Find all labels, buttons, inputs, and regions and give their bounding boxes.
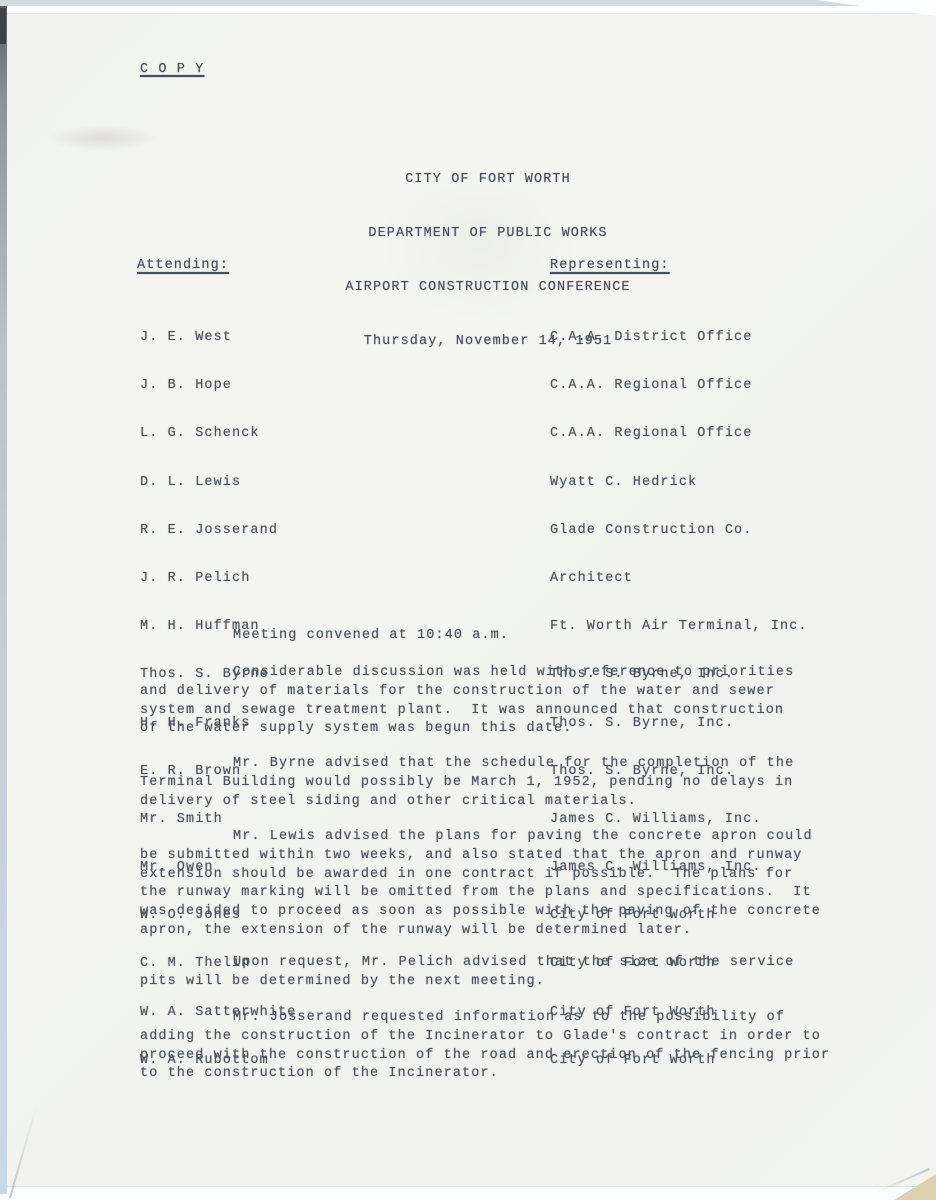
attendee-org: Wyatt C. Hedrick (550, 474, 697, 492)
attendee-row: J. R. Pelich Architect (140, 570, 840, 588)
attendee-name: J. B. Hope (140, 377, 550, 395)
attendee-org: Architect (550, 570, 633, 588)
minutes-paragraph-incinerator: Mr. Josserand requested information as t… (140, 1009, 830, 1084)
typewritten-text-layer: C O P Y CITY OF FORT WORTH DEPARTMENT OF… (0, 0, 936, 1200)
attendee-name: J. R. Pelich (140, 570, 550, 588)
attendee-row: Mr. Smith James C. Williams, Inc. (140, 811, 840, 829)
attendee-name: Mr. Smith (140, 811, 550, 829)
attendee-org: C.A.A. Regional Office (550, 425, 752, 443)
attendee-name: D. L. Lewis (140, 474, 550, 492)
attendee-row: J. E. West C.A.A. District Office (140, 329, 840, 347)
attendee-org: Ft. Worth Air Terminal, Inc. (550, 618, 808, 636)
title-line-conference: AIRPORT CONSTRUCTION CONFERENCE (140, 279, 836, 297)
title-line-city: CITY OF FORT WORTH (140, 171, 836, 189)
attendee-row: L. G. Schenck C.A.A. Regional Office (140, 425, 840, 443)
title-line-department: DEPARTMENT OF PUBLIC WORKS (140, 225, 836, 243)
attendee-org: C.A.A. District Office (550, 329, 752, 347)
representing-heading: Representing: (550, 258, 670, 273)
attendee-name: L. G. Schenck (140, 425, 550, 443)
minutes-paragraph-priorities: Considerable discussion was held with re… (140, 664, 794, 739)
attendee-row: D. L. Lewis Wyatt C. Hedrick (140, 474, 840, 492)
attendee-row: R. E. Josserand Glade Construction Co. (140, 522, 840, 540)
scanned-document: C O P Y CITY OF FORT WORTH DEPARTMENT OF… (0, 0, 936, 1200)
minutes-paragraph-apron-paving: Mr. Lewis advised the plans for paving t… (140, 828, 821, 941)
attendee-org: James C. Williams, Inc. (550, 811, 762, 829)
attendee-org: Glade Construction Co. (550, 522, 752, 540)
attendee-name: R. E. Josserand (140, 522, 550, 540)
attending-heading: Attending: (137, 258, 229, 273)
attendee-org: C.A.A. Regional Office (550, 377, 752, 395)
minutes-paragraph-terminal-schedule: Mr. Byrne advised that the schedule for … (140, 755, 794, 811)
minutes-paragraph-service-pits: Upon request, Mr. Pelich advised that th… (140, 954, 794, 992)
copy-stamp: C O P Y (140, 62, 204, 77)
meeting-convened-line: Meeting convened at 10:40 a.m. (233, 628, 509, 643)
attendee-name: J. E. West (140, 329, 550, 347)
attendee-row: J. B. Hope C.A.A. Regional Office (140, 377, 840, 395)
